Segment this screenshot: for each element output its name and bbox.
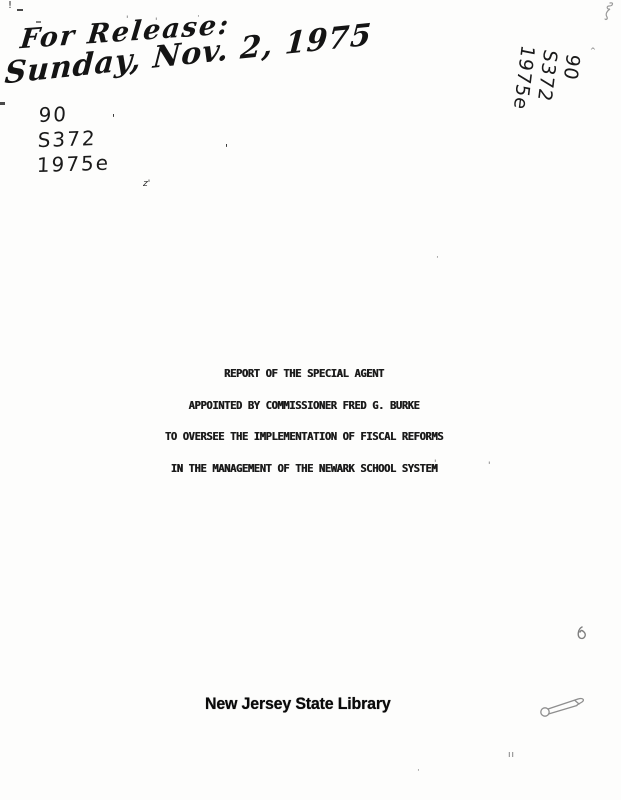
speck: ıı	[508, 751, 515, 760]
library-stamp: New Jersey State Library	[205, 694, 391, 714]
speck	[0, 102, 5, 105]
speck: ·	[436, 254, 439, 263]
call-number: 90 S372 1975e	[36, 100, 112, 178]
call-number-line: S372	[37, 125, 111, 153]
call-number-line: 90	[38, 100, 112, 128]
speck: '	[225, 143, 228, 154]
report-title-line: REPORT OF THE SPECIAL AGENT	[163, 359, 445, 391]
call-number-line: 1975e	[36, 151, 110, 179]
call-number-sideways: 90 S372 1975e	[506, 43, 583, 134]
speck	[36, 21, 41, 23]
speck: ·	[417, 767, 420, 776]
circle-doodle	[575, 624, 591, 644]
speck: '	[488, 462, 490, 471]
speck: '	[434, 460, 436, 469]
report-title-line: TO OVERSEE THE IMPLEMENTATION OF FISCAL …	[163, 422, 445, 454]
report-title-line: IN THE MANAGEMENT OF THE NEWARK SCHOOL S…	[163, 454, 445, 486]
speck: '	[155, 18, 157, 27]
speck: '	[112, 113, 115, 124]
speck: ·	[197, 13, 200, 22]
speck: !	[8, 1, 12, 11]
speck: ^	[590, 48, 596, 55]
scanned-title-page: For Release: Sunday, Nov. 2, 1975 90 S37…	[0, 0, 621, 800]
speck	[17, 9, 23, 11]
report-title: REPORT OF THE SPECIAL AGENT APPOINTED BY…	[163, 359, 445, 486]
report-title-line: APPOINTED BY COMMISSIONER FRED G. BURKE	[163, 391, 445, 423]
speck: '	[126, 16, 128, 25]
safety-pin-doodle	[538, 692, 590, 720]
corner-squiggle	[598, 1, 618, 23]
speck: z'	[143, 180, 150, 189]
